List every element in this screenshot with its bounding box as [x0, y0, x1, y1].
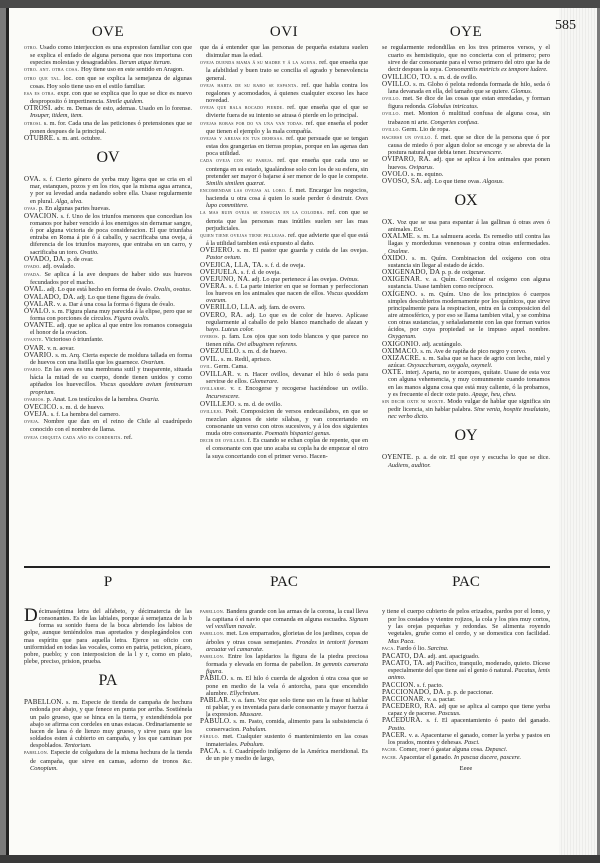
entry-definition: p. En algunas partes huevas. [39, 205, 110, 212]
dictionary-entry: PABLAR. v. a. fam. Voz que solo tiene us… [200, 697, 368, 718]
bottom-column-3: y tiene el cuerpo cubierto de pelos eriz… [382, 608, 550, 772]
dictionary-entry: encomendar las ovejas al lobo. f. met. E… [200, 187, 368, 209]
bottom-column-1: D écimaséptima letra del alfabeto, y déc… [24, 608, 192, 772]
entry-definition: s. m. ant. octubre. [57, 135, 102, 142]
dictionary-entry: ÓXIDO. s. m. Quím. Combinacion del oxíge… [382, 255, 550, 269]
printer-signature: Eeee [382, 765, 550, 772]
entry-latin-equivalent: Iterum atque iterum. [119, 59, 171, 66]
page-edge [559, 8, 597, 855]
entry-headword: OX. [382, 218, 394, 226]
dictionary-entry: oveja chiquita cada año es corderita. re… [24, 434, 192, 442]
intro-text: écimaséptima letra del alfabeto, y décim… [24, 608, 192, 665]
entry-latin-equivalent: Tentorium. [64, 742, 91, 749]
entry-definition: Victorioso ó triunfante. [45, 336, 104, 343]
entry-headword: pacer. [382, 747, 398, 753]
entry-headword: paca. [382, 646, 395, 652]
entry-headword: PÁBULO. [200, 717, 231, 725]
lower-head-pac-center: PAC [200, 574, 368, 591]
dictionary-entry: OXALME. s. m. La salmuera aceda. Es reme… [382, 233, 550, 254]
entry-latin-equivalent: Ellychnium. [230, 690, 260, 697]
section-divider-rule [24, 566, 550, 568]
dictionary-entry: PÁBULO. s. m. Pasto, comida, alimento pa… [200, 718, 368, 732]
dictionary-entry: pabellon. Entre los lapidarios la figura… [200, 653, 368, 675]
entry-definition: s. f. Uno de los triunfos menores que co… [30, 213, 192, 256]
dictionary-entry: ovejas bobas por do va una van todas. re… [200, 120, 368, 135]
dictionary-entry: otro que tal. loc. con que se explica la… [24, 75, 192, 90]
entry-definition: p. a. de oir. El que oye y escucha lo qu… [416, 454, 550, 461]
entry-latin-equivalent: Pasci. [464, 739, 480, 746]
running-head-right: OYE [382, 24, 550, 41]
entry-definition: s. m. Quím. Uno de los principios ó cuer… [388, 291, 550, 334]
dictionary-entry: ovillejo. Poét. Composicion de versos en… [200, 408, 368, 438]
dictionary-entry: quien tiene ovejas tiene pellejas. ref. … [200, 232, 368, 247]
entry-definition: s. m. Arq. Cierta especie de moldura tal… [30, 352, 192, 366]
entry-headword: PABLAR. [200, 696, 230, 704]
section-heading-oy: OY [382, 426, 550, 446]
dictionary-entry: ovejas y abejas en tus dehesas. ref. que… [200, 135, 368, 157]
dictionary-entry: ovillo. Germ. Lio de ropa. [382, 126, 550, 134]
entry-headword: OVACION. [24, 212, 59, 220]
entry-headword: ovejas bobas por do va una van todas. [200, 121, 304, 127]
entry-headword: oveja duenda mama á su madre y á la agen… [200, 60, 317, 66]
entry-definition: adv. m. Demas de esto, ademas. Usado en … [54, 105, 192, 112]
dictionary-entry: OTROSI. adv. m. Demas de esto, ademas. U… [24, 105, 192, 119]
dictionary-entry: PABELLON. s. m. Especie de tienda de cam… [24, 699, 192, 749]
dictionary-entry: OVARIO. s. m. Arq. Cierta especie de mol… [24, 352, 192, 366]
dictionary-entry: la mas ruin oveja se ensucia en la colod… [200, 209, 368, 231]
entry-headword: pabellon. [200, 654, 225, 660]
entry-headword: PACEDERO, RA. [382, 702, 437, 710]
entry-headword: OVILLAR. [200, 370, 234, 378]
entry-headword: esa es otra. [24, 91, 56, 97]
entry-definition: s. m. Figura plana muy parecida á la eli… [30, 308, 192, 322]
entry-definition: s. m. d. de ovillo. [434, 74, 478, 81]
entry-headword: ovado. [24, 264, 41, 270]
entry-headword: pabellon. [200, 609, 225, 615]
entry-definition: Nombre que dan en el reino de Chile al c… [30, 418, 192, 433]
entry-headword: oveja harta de su rabo se espanta. [200, 83, 298, 89]
entry-headword: OXALME. [382, 232, 415, 240]
dictionary-entry: PACER. v. a. Apacentarse el ganado, come… [382, 732, 550, 746]
entry-definition: s. m. d. de huevo. [60, 404, 104, 411]
entry-definition: p. p. de paccionar. [447, 689, 493, 696]
entry-definition: adj. fam. de overo. [258, 304, 305, 311]
dictionary-entry: hacerse un ovillo. f. met. que se dice d… [382, 134, 550, 156]
entry-headword: OVADO, DA. [24, 255, 66, 263]
entry-headword: OVIL. [200, 355, 219, 363]
entry-headword: OXIGENAR. [382, 275, 422, 283]
bottom-column-2: pabellon. Bandera grande con las armas d… [200, 608, 368, 762]
entry-definition: Especie de colgadura de la misma hechura… [30, 749, 192, 764]
dictionary-entry: PÁBILO. s. m. El hilo ó cuerda de algodo… [200, 675, 368, 696]
dictionary-entry: OXÍGENO. s. m. Quím. Uno de los principi… [382, 291, 550, 341]
entry-headword: sin decir oxte ni moxte. [382, 399, 445, 405]
entry-definition: Bandera grande con las armas de la coron… [206, 608, 368, 623]
entry-headword: OVERA. [200, 282, 227, 290]
dictionary-entry: oveja harta de su rabo se espanta. ref. … [200, 82, 368, 104]
entry-latin-equivalent: Glomus. [511, 88, 532, 95]
entry-headword: ovas. [24, 206, 37, 212]
section-heading-ov: OV [24, 148, 192, 168]
dictionary-entry: pacer. Apacentar el ganado. In pascua du… [382, 754, 550, 762]
entry-definition: s. f. La hembra del carnero. [51, 411, 120, 418]
dictionary-entry: PACA. s. f. Cuadrúpedo indígeno de la Am… [200, 748, 368, 762]
dictionary-entry: esa es otra. expr. con que se explica qu… [24, 90, 192, 105]
entry-definition: v. r. Encogerse y recogerse haciéndose u… [230, 385, 368, 392]
entry-latin-equivalent: Consonantiis metricis ex tempore ludere. [444, 66, 547, 73]
entry-definition: que da á entender que las personas de pe… [200, 44, 368, 59]
entry-headword: OTROSI. [24, 104, 52, 112]
entry-headword: ÓXIDO. [382, 254, 408, 262]
entry-definition: y tiene el cuerpo cubierto de pelos eriz… [382, 608, 550, 637]
entry-definition: p. de ovar. [67, 256, 93, 263]
dictionary-entry: OYENTE. p. a. de oir. El que oye y escuc… [382, 454, 550, 468]
entry-definition: s. m. d. de ovillo. [238, 401, 282, 408]
dictionary-entry: ovillarse. v. r. Encogerse y recogerse h… [200, 385, 368, 400]
dictionary-entry: OVEJA. s. f. La hembra del carnero. [24, 411, 192, 418]
top-column-3: se regularmente redondillas en los tres … [382, 44, 550, 469]
entry-latin-equivalent: Figura ovalis. [114, 315, 150, 322]
entry-headword: la mas ruin oveja se ensucia en la colod… [200, 210, 324, 216]
scan-border-top [0, 0, 600, 8]
dictionary-entry: pabellon. Especie de colgadura de la mis… [24, 749, 192, 771]
entry-definition: adj. ant. apaciguado. [428, 653, 480, 660]
entry-definition: Hoy tiene uso en este sentido en Aragon. [81, 66, 184, 73]
entry-headword: PACA. [200, 747, 221, 755]
entry-definition: p. p. de oxigenar. [442, 269, 485, 276]
entry-latin-equivalent: Conopium. [30, 765, 58, 772]
entry-headword: OVERO, RA. [200, 311, 243, 319]
running-head-center: OVI [200, 24, 368, 41]
dictionary-entry: OVA. s. f. Cierto género de yerba muy li… [24, 176, 192, 205]
entry-headword: ovada. [24, 272, 41, 278]
entry-latin-equivalent: Ovaria. [140, 396, 159, 403]
dictionary-entry: OVILLEJO. s. m. d. de ovillo. [200, 401, 368, 408]
entry-latin-equivalent: Ovatio. [80, 249, 99, 256]
entry-headword: overos. [200, 334, 220, 340]
entry-headword: PÁBILO. [200, 674, 228, 682]
entry-headword: pabellon. [200, 631, 225, 637]
entry-latin-equivalent: Mus Paca. [388, 638, 415, 645]
entry-headword: ovario. [24, 367, 43, 373]
entry-latin-equivalent: Glomerare. [250, 378, 279, 385]
letter-p-intro: D écimaséptima letra del alfabeto, y déc… [24, 608, 192, 665]
dictionary-entry: OVECICO. s. m. d. de huevo. [24, 404, 192, 411]
entry-latin-equivalent: Ovinus. [340, 276, 359, 283]
entry-headword: ÓVALO. [24, 307, 51, 315]
dictionary-entry: OXTE. interj. Aparta, no te acerques, qu… [382, 369, 550, 398]
entry-headword: PABELLON. [24, 698, 63, 706]
entry-definition: s. f. Cuadrúpedo indígeno de la América … [206, 748, 368, 762]
entry-definition: adj. Lo que tiene ovas. [424, 178, 481, 185]
dictionary-entry: OVOSO, SA. adj. Lo que tiene ovas. Algos… [382, 178, 550, 185]
entry-headword: PACEDURA. [382, 716, 423, 724]
dictionary-entry: OVADO, DA. p. de ovar. [24, 256, 192, 263]
entry-headword: ovillo. [382, 111, 400, 117]
entry-headword: ovillo. [382, 96, 400, 102]
entry-definition: Comer, roer ó gastar alguna cosa. [399, 746, 483, 753]
dictionary-entry: ovario. En las aves es una membrana suti… [24, 366, 192, 396]
entry-headword: PACER. [382, 731, 407, 739]
entry-latin-equivalent: Poematis hispanici genus. [265, 430, 331, 437]
entry-definition: Apacentar el ganado. [399, 754, 452, 761]
entry-headword: OTUBRE. [24, 134, 55, 142]
entry-headword: pacer. [382, 755, 398, 761]
entry-headword: PACATO, TA. [382, 659, 425, 667]
entry-definition: s. m. El pastor que guarda y cuida de la… [237, 247, 368, 254]
dictionary-entry: otrosi. s. m. for. Cada una de las petic… [24, 120, 192, 135]
dictionary-entry: oveja que bala bocado pierde. ref. que e… [200, 104, 368, 119]
entry-latin-equivalent: Depasci. [485, 746, 507, 753]
dictionary-entry: PACEDERO, RA. adj que se aplica al campo… [382, 703, 550, 717]
entry-headword: otro. ant. otra cosa. [24, 67, 79, 73]
dictionary-entry: pábulo. met. Cualquier sustento ó manten… [200, 733, 368, 748]
section-heading-pa: PA [24, 671, 192, 691]
entry-definition: s. m. Pasto, comida, alimento para la su… [206, 718, 368, 732]
entry-definition: s. m. Quím. Combinacion del oxígeno con … [388, 255, 550, 269]
entry-headword: ovillarse. [200, 386, 227, 392]
entry-latin-equivalent: Alga, ulva. [55, 198, 82, 205]
dictionary-entry: ovado. adj. ovalado. [24, 263, 192, 271]
dictionary-entry: se regularmente redondillas en los tres … [382, 44, 550, 74]
entry-definition: Voz que se usa para espantar á las galli… [388, 219, 550, 233]
dictionary-entry: ovillo. met. Se dice de las cosas que es… [382, 95, 550, 110]
dictionary-entry: OXIGENAR. v. a. Quím. Combinar el oxígen… [382, 276, 550, 290]
entry-headword: OVA. [24, 175, 41, 183]
entry-definition: Germ. Cama. [214, 363, 248, 370]
entry-latin-equivalent: Pabulum. [240, 741, 264, 748]
entry-headword: OXIZACRE. [382, 354, 421, 362]
entry-definition: adj. Lo que pertenece á las ovejas. [252, 276, 338, 283]
dictionary-entry: pacer. Comer, roer ó gastar alguna cosa.… [382, 746, 550, 754]
entry-headword: hacerse un ovillo. [382, 135, 432, 141]
dictionary-entry: overos. p. fam. Los ojos que son todo bl… [200, 333, 368, 348]
dictionary-entry: OVANTE. adj. que se aplica al que entre … [24, 322, 192, 336]
entry-headword: ovillo. [382, 127, 400, 133]
dictionary-entry: que da á entender que las personas de pe… [200, 44, 368, 59]
entry-headword: OVARIO. [24, 351, 53, 359]
scan-border-bottom [0, 855, 600, 863]
entry-headword: pabellon. [24, 750, 49, 756]
entry-headword: decir de ovillejo. [200, 438, 246, 444]
dictionary-entry: pabellon. met. Los emparrados, glorietas… [200, 630, 368, 652]
entry-definition: interj. Aparta, no te acerques, quítate.… [388, 369, 550, 397]
entry-headword: OVILLO. [382, 80, 411, 88]
entry-latin-equivalent: Luteus color. [221, 326, 254, 333]
entry-latin-equivalent: Insuper, itidem, item. [30, 112, 83, 119]
entry-headword: oveja. [24, 419, 40, 425]
entry-headword: OYENTE. [382, 453, 413, 461]
entry-definition: v. a. fam. Voz que solo tiene uso en la … [206, 697, 368, 718]
entry-latin-equivalent: Congeries confusa. [430, 119, 479, 126]
dictionary-entry: OVERA. s. f. La parte interior en que se… [200, 283, 368, 304]
entry-definition: Fardo ó lio. [397, 645, 426, 652]
entry-headword: otro que tal. [24, 76, 61, 82]
entry-definition: s. m. Redil, aprisco. [221, 356, 271, 363]
entry-headword: cada oveja con su pareja. [200, 158, 274, 164]
entry-definition: s. m. Especie de tienda de campaña de he… [30, 699, 192, 749]
entry-headword: OXÍGENO. [382, 290, 417, 298]
entry-definition: Se aplica á la ave despues de haber sido… [30, 271, 192, 286]
top-column-1: otro. Usado como interjeccion es una exp… [24, 44, 192, 442]
dictionary-entry: y tiene el cuerpo cubierto de pelos eriz… [382, 608, 550, 645]
drop-cap: D [24, 608, 38, 624]
entry-headword: OVIPARO, RA. [382, 155, 431, 163]
dictionary-entry: sin decir oxte ni moxte. Modo vulgar de … [382, 398, 550, 420]
entry-definition: Germ. Lio de ropa. [402, 126, 450, 133]
entry-definition: met. Cualquier sustento ó mantenimiento … [206, 733, 368, 748]
entry-latin-equivalent: Oviparus. [409, 164, 434, 171]
entry-definition: ref. [124, 434, 133, 441]
entry-headword: otrosi. [24, 121, 42, 127]
entry-definition: s. f. El apacentamiento ó pasto del gana… [426, 717, 550, 724]
dictionary-entry: OTUBRE. s. m. ant. octubre. [24, 135, 192, 142]
entry-latin-equivalent: Globulus intricatus. [428, 103, 478, 110]
dictionary-entry: OXIZACRE. s. m. Salsa que se hace de agr… [382, 355, 550, 369]
dictionary-entry: ovada. Se aplica á la ave despues de hab… [24, 271, 192, 286]
entry-definition: s. m. Ave de rapiña de pico negro y corv… [420, 348, 526, 355]
entry-headword: ovejas y abejas en tus dehesas. [200, 136, 284, 142]
entry-definition: v. a. Dar á una cosa la forma ó figura d… [57, 301, 175, 308]
dictionary-entry: oveja duenda mama á su madre y á la agen… [200, 59, 368, 81]
entry-headword: encomendar las ovejas al lobo. [200, 188, 287, 194]
dictionary-entry: oveja. Nombre que dan en el reino de Chi… [24, 418, 192, 433]
entry-definition: adj. ovalado. [43, 263, 75, 270]
entry-headword: OVEJERO. [200, 246, 234, 254]
dictionary-entry: OVACION. s. f. Uno de los triunfos menor… [24, 213, 192, 256]
lower-head-p: P [24, 574, 192, 591]
entry-headword: ovante. [24, 337, 43, 343]
entry-definition: p. Anat. Los testículos de la hembra. [47, 396, 139, 403]
entry-latin-equivalent: Ovarium. [141, 359, 165, 366]
entry-definition: s. f. d. de oveja. [265, 262, 305, 269]
dictionary-entry: OVEZUELO. s. m. d. de huevo. [200, 348, 368, 355]
entry-headword: oveja chiquita cada año es corderita. [24, 435, 122, 441]
entry-definition: adj. que se aplica al que entre los roma… [30, 322, 192, 336]
entry-latin-equivalent: Audiens, auditor. [388, 462, 431, 469]
dictionary-entry: cada oveja con su pareja. ref. que enseñ… [200, 157, 368, 187]
dictionary-entry: OVIPARO, RA. adj. que se aplica á los an… [382, 156, 550, 170]
entry-definition: adj. Lo que tiene figura de óvalo. [77, 294, 161, 301]
entry-headword: OVEJA. [24, 410, 49, 418]
dictionary-entry: otro. ant. otra cosa. Hoy tiene uso en e… [24, 66, 192, 74]
dictionary-entry: ÓVALO. s. m. Figura plana muy parecida á… [24, 308, 192, 322]
entry-headword: otro. [24, 45, 38, 51]
entry-latin-equivalent: Ovalis, ovatus. [154, 286, 192, 293]
entry-headword: oveja que bala bocado pierde. [200, 105, 284, 111]
dictionary-entry: OVERO, RA. adj. Lo que es de color de hu… [200, 312, 368, 333]
entry-headword: OVOSO, SA. [382, 177, 422, 185]
running-head-left: OVE [24, 24, 192, 41]
entry-headword: quien tiene ovejas tiene pellejas. [200, 233, 286, 239]
entry-headword: OVILLEJO. [200, 400, 237, 408]
dictionary-entry: pabellon. Bandera grande con las armas d… [200, 608, 368, 630]
entry-headword: ovil. [200, 364, 212, 370]
entry-headword: OVANTE. [24, 321, 55, 329]
entry-headword: OXTE. [382, 368, 403, 376]
dictionary-entry: otro. Usado como interjeccion es una exp… [24, 44, 192, 66]
entry-latin-equivalent: Apage, heu, cheu. [472, 391, 517, 398]
entry-latin-equivalent: In pascua ducere, pascere. [454, 754, 521, 761]
dictionary-entry: PACATO, TA. adj Pacífico, tranquilo, mod… [382, 660, 550, 681]
lower-head-pac-right: PAC [382, 574, 550, 591]
entry-definition: s. m. for. Cada una de las peticiones ó … [30, 120, 192, 135]
dictionary-entry: ovillo. met. Monton ó multitud confusa d… [382, 110, 550, 125]
entry-definition: s. m. d. de huevo. [242, 348, 286, 355]
dictionary-entry: OVILLAR. v. n. Hacer ovillos, devanar el… [200, 371, 368, 385]
entry-latin-equivalent: Algosus. [482, 178, 504, 185]
page-number: 585 [555, 18, 576, 34]
top-column-2: que da á entender que las personas de pe… [200, 44, 368, 460]
section-heading-ox: OX [382, 191, 550, 211]
dictionary-entry: OVEJERO. s. m. El pastor que guarda y cu… [200, 247, 368, 261]
dictionary-entry: decir de ovillejo. f. Es cuando se echan… [200, 437, 368, 459]
entry-latin-equivalent: Sarcina. [428, 645, 449, 652]
entry-headword: ovillejo. [200, 409, 223, 415]
entry-headword: pábulo. [200, 734, 220, 740]
dictionary-entry: OX. Voz que se usa para espantar á las g… [382, 219, 550, 233]
dictionary-entry: ovante. Victorioso ó triunfante. [24, 336, 192, 344]
dictionary-entry: OVIL. s. m. Redil, aprisco. [200, 356, 368, 363]
entry-definition: adj. acutángulo. [422, 341, 462, 348]
dictionary-entry: OVILLO. s. m. Globo ó pelota redonda for… [382, 81, 550, 95]
entry-headword: ovarios. [24, 397, 45, 403]
dictionary-entry: PACEDURA. s. f. El apacentamiento ó past… [382, 717, 550, 731]
entry-latin-equivalent: Similis similem quærat. [206, 180, 265, 187]
entry-latin-equivalent: Pabulum. [242, 726, 266, 733]
